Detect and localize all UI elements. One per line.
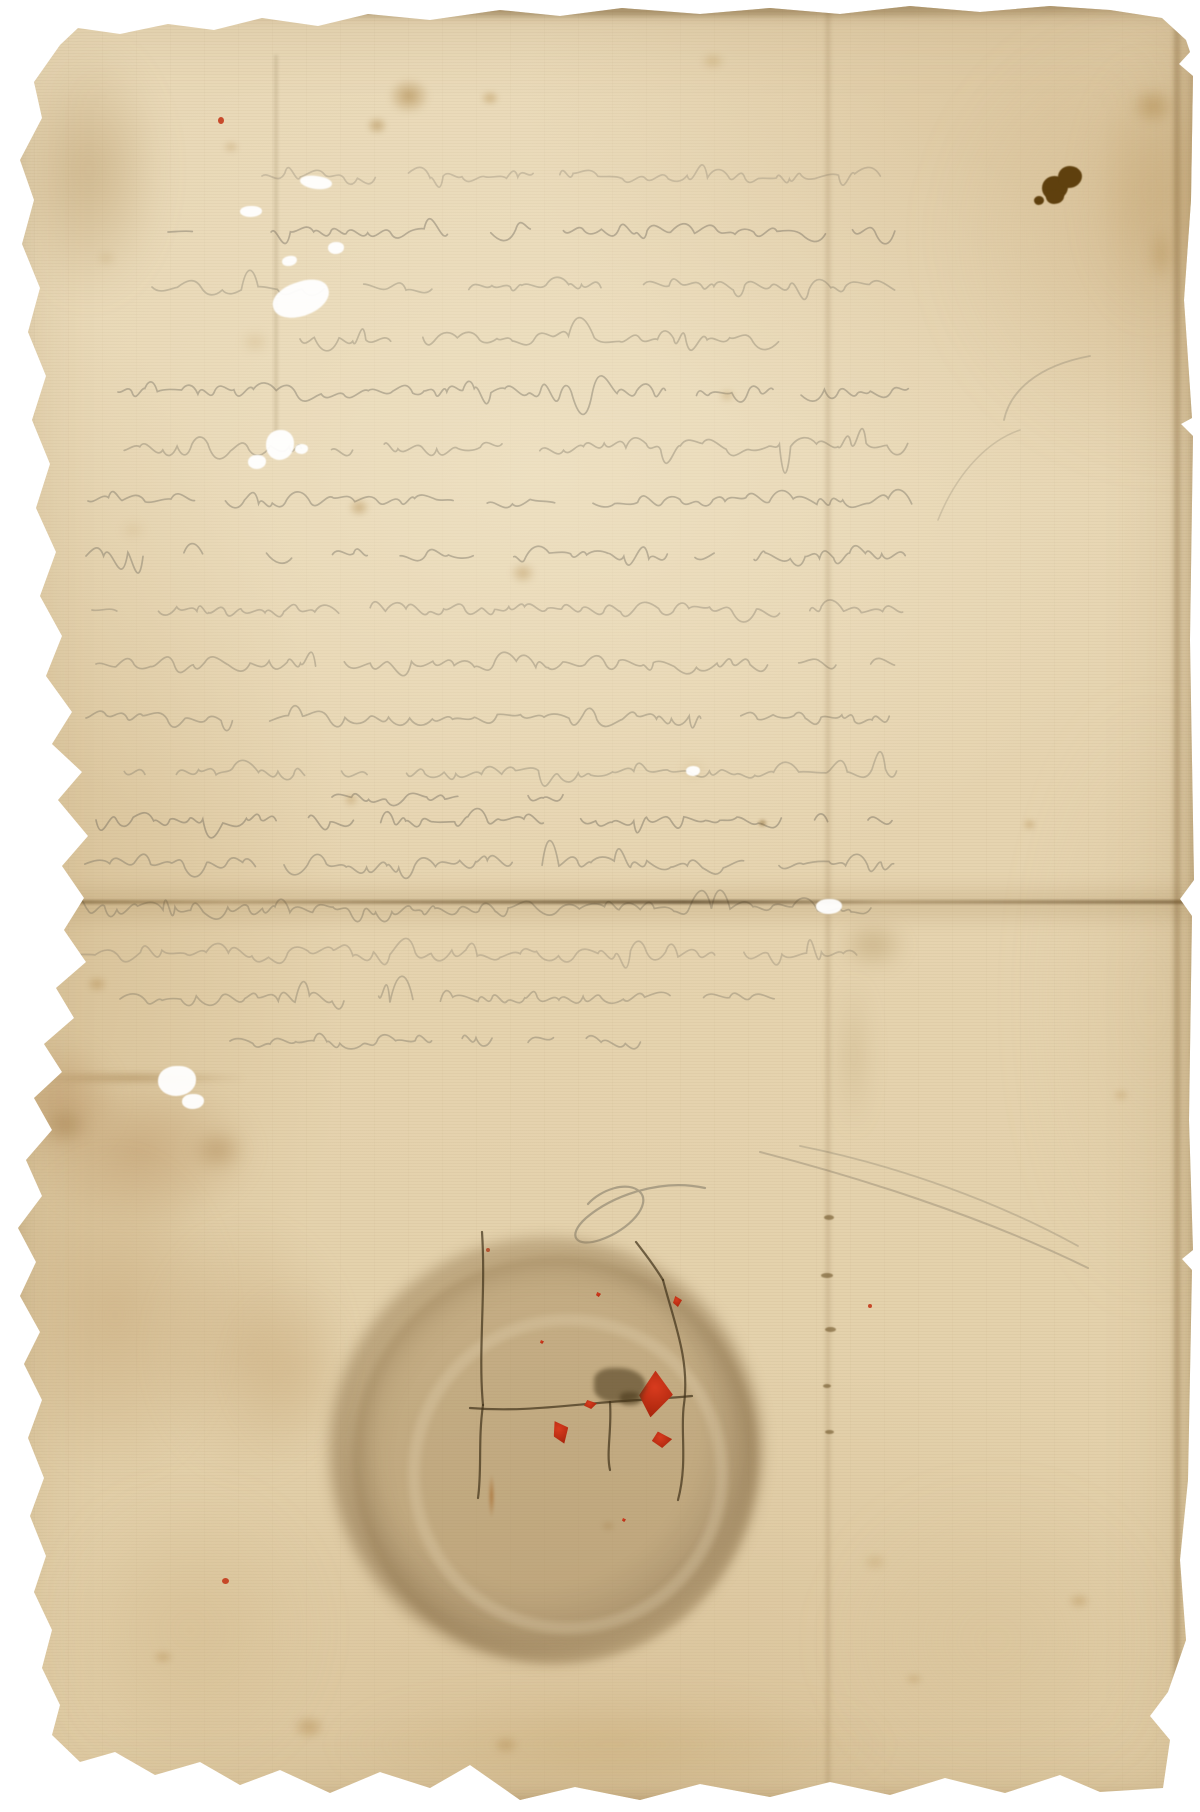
- paper-loss-flake: [182, 1094, 204, 1109]
- fox-spot: [20, 1075, 260, 1225]
- bleedthrough-line: [96, 652, 895, 676]
- paper-loss-flake: [266, 430, 294, 460]
- ink-blot-lobe: [1034, 196, 1044, 205]
- wax-seal-inner-ring: [408, 1314, 728, 1634]
- bleedthrough-line: [85, 841, 894, 879]
- bleedthrough-line: [332, 793, 563, 805]
- bleedthrough-line: [86, 544, 905, 573]
- fox-spot: [0, 1040, 120, 1160]
- bleedthrough-line: [300, 318, 779, 351]
- horizontal-fold-shadow: [14, 889, 1190, 919]
- fox-spot: [96, 250, 116, 266]
- fox-spot: [40, 1105, 90, 1145]
- paper-loss-flake: [268, 274, 334, 324]
- pencil-flourish: [938, 430, 1020, 520]
- fox-spot: [700, 52, 726, 70]
- pencil-flourish: [1004, 356, 1090, 420]
- paper-tone-patch: [950, 20, 1200, 450]
- fox-spot: [904, 1672, 924, 1686]
- paper-tone-patch: [330, 1690, 890, 1800]
- fox-spot: [1112, 1088, 1130, 1102]
- fox-spot: [680, 760, 706, 780]
- fox-spot: [120, 520, 146, 540]
- right-edge-crease: [1174, 0, 1180, 1812]
- fox-spot: [1022, 818, 1037, 831]
- ink-blot-lobe: [1058, 166, 1082, 188]
- paper-tone-patch: [14, 40, 164, 300]
- fox-spot: [718, 388, 736, 403]
- fox-spot: [18, 1072, 248, 1084]
- fox-spot: [757, 818, 768, 828]
- bleedthrough-line: [262, 165, 915, 187]
- red-speck: [868, 1304, 872, 1308]
- fox-spot: [86, 975, 108, 993]
- bleedthrough-line: [152, 270, 895, 299]
- paper-loss-flake: [281, 255, 298, 267]
- vertical-fold-crease: [826, 0, 830, 1812]
- paper-loss-flake: [240, 206, 262, 217]
- bleedthrough-line: [124, 752, 896, 786]
- fox-spot: [343, 793, 359, 807]
- red-speck: [222, 1578, 229, 1584]
- paper-tone-patch: [1090, 60, 1200, 320]
- ink-blot-lobe: [1042, 176, 1068, 200]
- upper-left-crease: [275, 55, 277, 435]
- pencil-flourish: [800, 1146, 1078, 1246]
- fox-spot: [1146, 226, 1176, 282]
- bleedthrough-line: [118, 376, 908, 415]
- bleedthrough-line: [230, 1034, 640, 1049]
- paper-loss-flake: [328, 242, 344, 254]
- paper-sheet: [0, 0, 1200, 1812]
- paper-loss-flake: [295, 444, 308, 454]
- fox-spot: [510, 562, 536, 584]
- horizontal-fold-crease: [14, 900, 1190, 904]
- fox-spot: [838, 920, 908, 970]
- fox-spot: [348, 498, 370, 517]
- fox-spot: [366, 116, 388, 135]
- fox-spot: [492, 1735, 520, 1755]
- bleedthrough-line: [120, 976, 774, 1009]
- fox-spot: [0, 1150, 230, 1480]
- bleedthrough-line: [88, 490, 912, 508]
- bleedthrough-line: [96, 809, 892, 838]
- fox-spot: [836, 975, 872, 1135]
- fox-spot: [480, 90, 500, 106]
- paper-loss-flake: [686, 766, 700, 776]
- paper-tone-patch: [830, 1490, 1160, 1790]
- fox-spot: [292, 1714, 326, 1740]
- paper-loss-flake: [158, 1066, 196, 1096]
- paper-loss-flake: [248, 455, 266, 469]
- fox-spot: [222, 140, 240, 154]
- fox-spot: [240, 330, 270, 354]
- fox-spot: [1130, 86, 1176, 126]
- red-speck: [218, 117, 224, 124]
- pencil-flourish: [760, 1152, 1088, 1268]
- paper-loss-flake: [299, 174, 332, 191]
- fox-spot: [862, 1552, 888, 1572]
- bleedthrough-line: [70, 938, 857, 967]
- ink-blot-lobe: [1046, 190, 1064, 204]
- fox-spot: [388, 78, 430, 114]
- bleedthrough-line: [124, 429, 908, 473]
- paper-tone-patch: [60, 1490, 320, 1770]
- fox-spot: [190, 1128, 246, 1172]
- paper-tone-patch: [50, 6, 1180, 18]
- fox-spot: [152, 1649, 174, 1665]
- fox-spot: [150, 1220, 350, 1480]
- fox-spot: [1067, 1592, 1091, 1610]
- pencil-flourish: [575, 1185, 705, 1242]
- document-scan: [0, 0, 1200, 1812]
- bleedthrough-line: [86, 706, 889, 731]
- bleedthrough-line: [168, 219, 895, 244]
- bleedthrough-line: [92, 600, 903, 622]
